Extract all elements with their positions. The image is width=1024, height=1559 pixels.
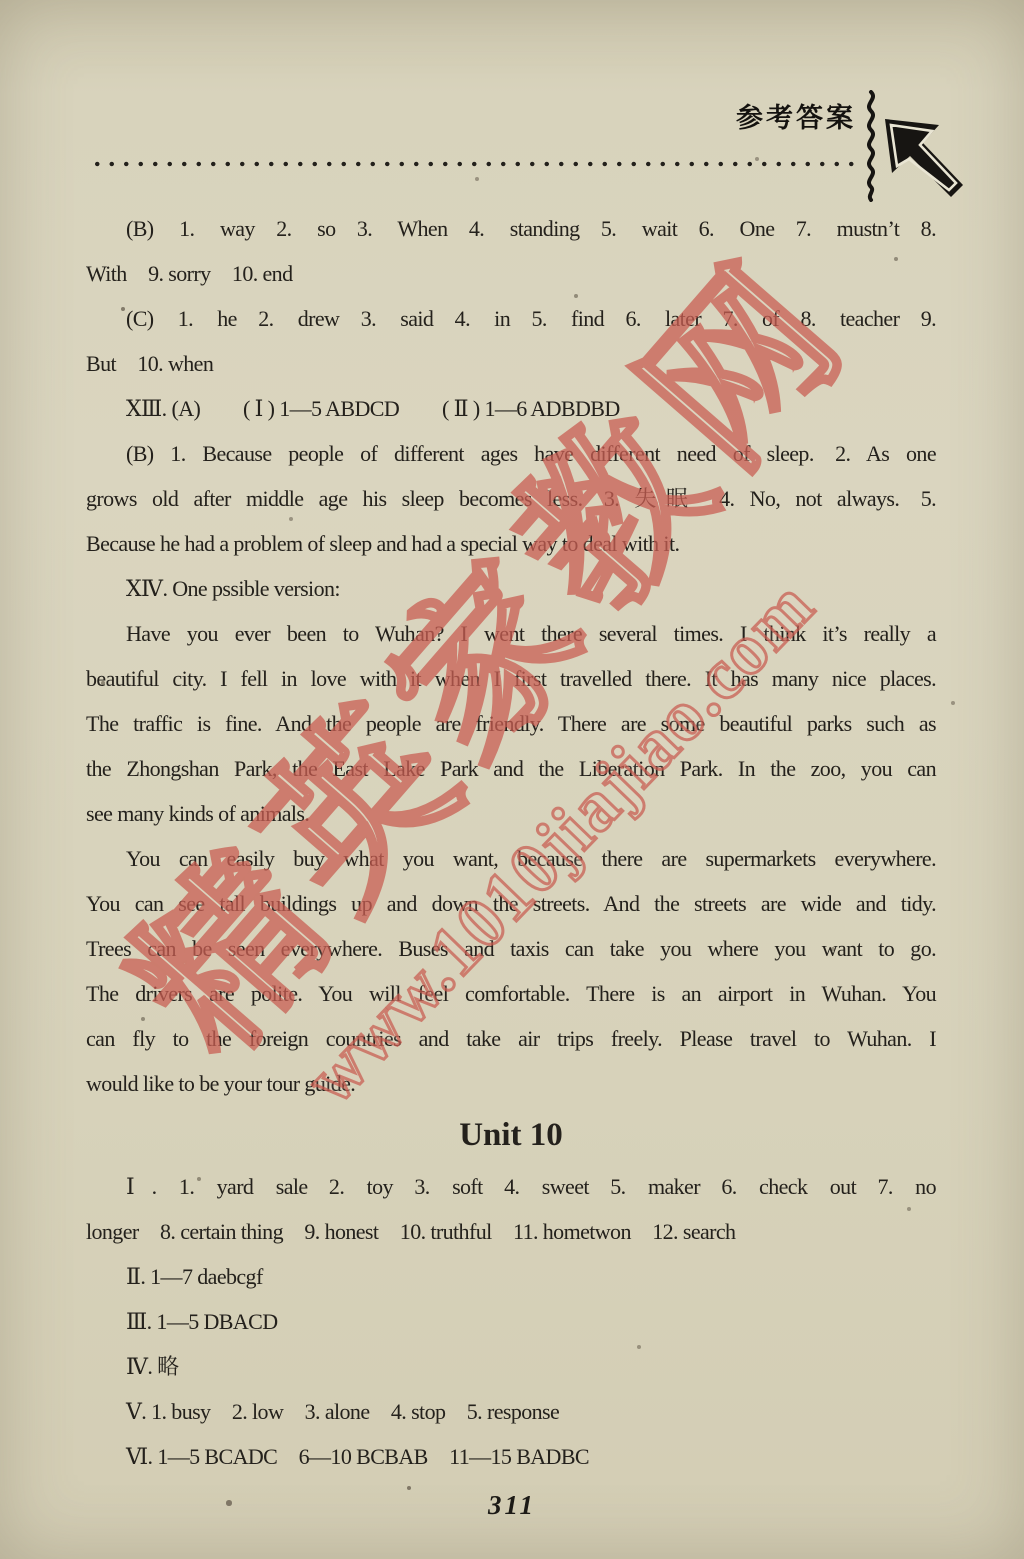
text-line: Have you ever been to Wuhan? I went ther… xyxy=(86,611,936,656)
text-line: You can see tall buildings up and down t… xyxy=(86,881,936,926)
arrow-up-left-icon xyxy=(878,110,966,202)
text-line: ⅩⅢ. (A) ( Ⅰ ) 1—5 ABDCD ( Ⅱ ) 1—6 ADBDBD xyxy=(86,386,936,431)
text-line: longer 8. certain thing 9. honest 10. tr… xyxy=(86,1209,936,1254)
scanned-answer-page: 参考答案 (B) 1. way 2. so 3. When 4. standin… xyxy=(0,0,1024,1559)
text-line: The traffic is fine. And the people are … xyxy=(86,701,936,746)
text-line: Ⅱ. 1—7 daebcgf xyxy=(86,1254,936,1299)
text-line: (C) 1. he 2. drew 3. said 4. in 5. find … xyxy=(86,296,936,341)
text-line: the Zhongshan Park, the East Lake Park a… xyxy=(86,746,936,791)
text-line: Ⅳ. 略 xyxy=(86,1344,936,1389)
text-line: Trees can be seen everywhere. Buses and … xyxy=(86,926,936,971)
text-line: Ⅰ. 1. yard sale 2. toy 3. soft 4. sweet … xyxy=(86,1164,936,1209)
text-line: Ⅴ. 1. busy 2. low 3. alone 4. stop 5. re… xyxy=(86,1389,936,1434)
answers-body: (B) 1. way 2. so 3. When 4. standing 5. … xyxy=(86,206,936,1479)
text-line: Ⅵ. 1—5 BCADC 6—10 BCBAB 11—15 BADBC xyxy=(86,1434,936,1479)
text-line: would like to be your tour guide. xyxy=(86,1061,936,1106)
text-line: grows old after middle age his sleep bec… xyxy=(86,476,936,521)
text-line: The drivers are polite. You will feel co… xyxy=(86,971,936,1016)
text-line: (B) 1. Because people of different ages … xyxy=(86,431,936,476)
text-line: Ⅲ. 1—5 DBACD xyxy=(86,1299,936,1344)
text-line: You can easily buy what you want, becaus… xyxy=(86,836,936,881)
text-line: (B) 1. way 2. so 3. When 4. standing 5. … xyxy=(86,206,936,251)
text-line: Because he had a problem of sleep and ha… xyxy=(86,521,936,566)
text-line: beautiful city. I fell in love with it w… xyxy=(86,656,936,701)
text-line: ⅩⅣ. One pssible version: xyxy=(86,566,936,611)
text-line: see many kinds of animals. xyxy=(86,791,936,836)
unit-heading: Unit 10 xyxy=(86,1106,936,1164)
text-line: With 9. sorry 10. end xyxy=(86,251,936,296)
page-number: 311 xyxy=(0,1490,1024,1521)
dotted-divider xyxy=(90,161,856,167)
text-line: can fly to the foreign countries and tak… xyxy=(86,1016,936,1061)
text-line: But 10. when xyxy=(86,341,936,386)
page-header-title: 参考答案 xyxy=(736,96,856,135)
